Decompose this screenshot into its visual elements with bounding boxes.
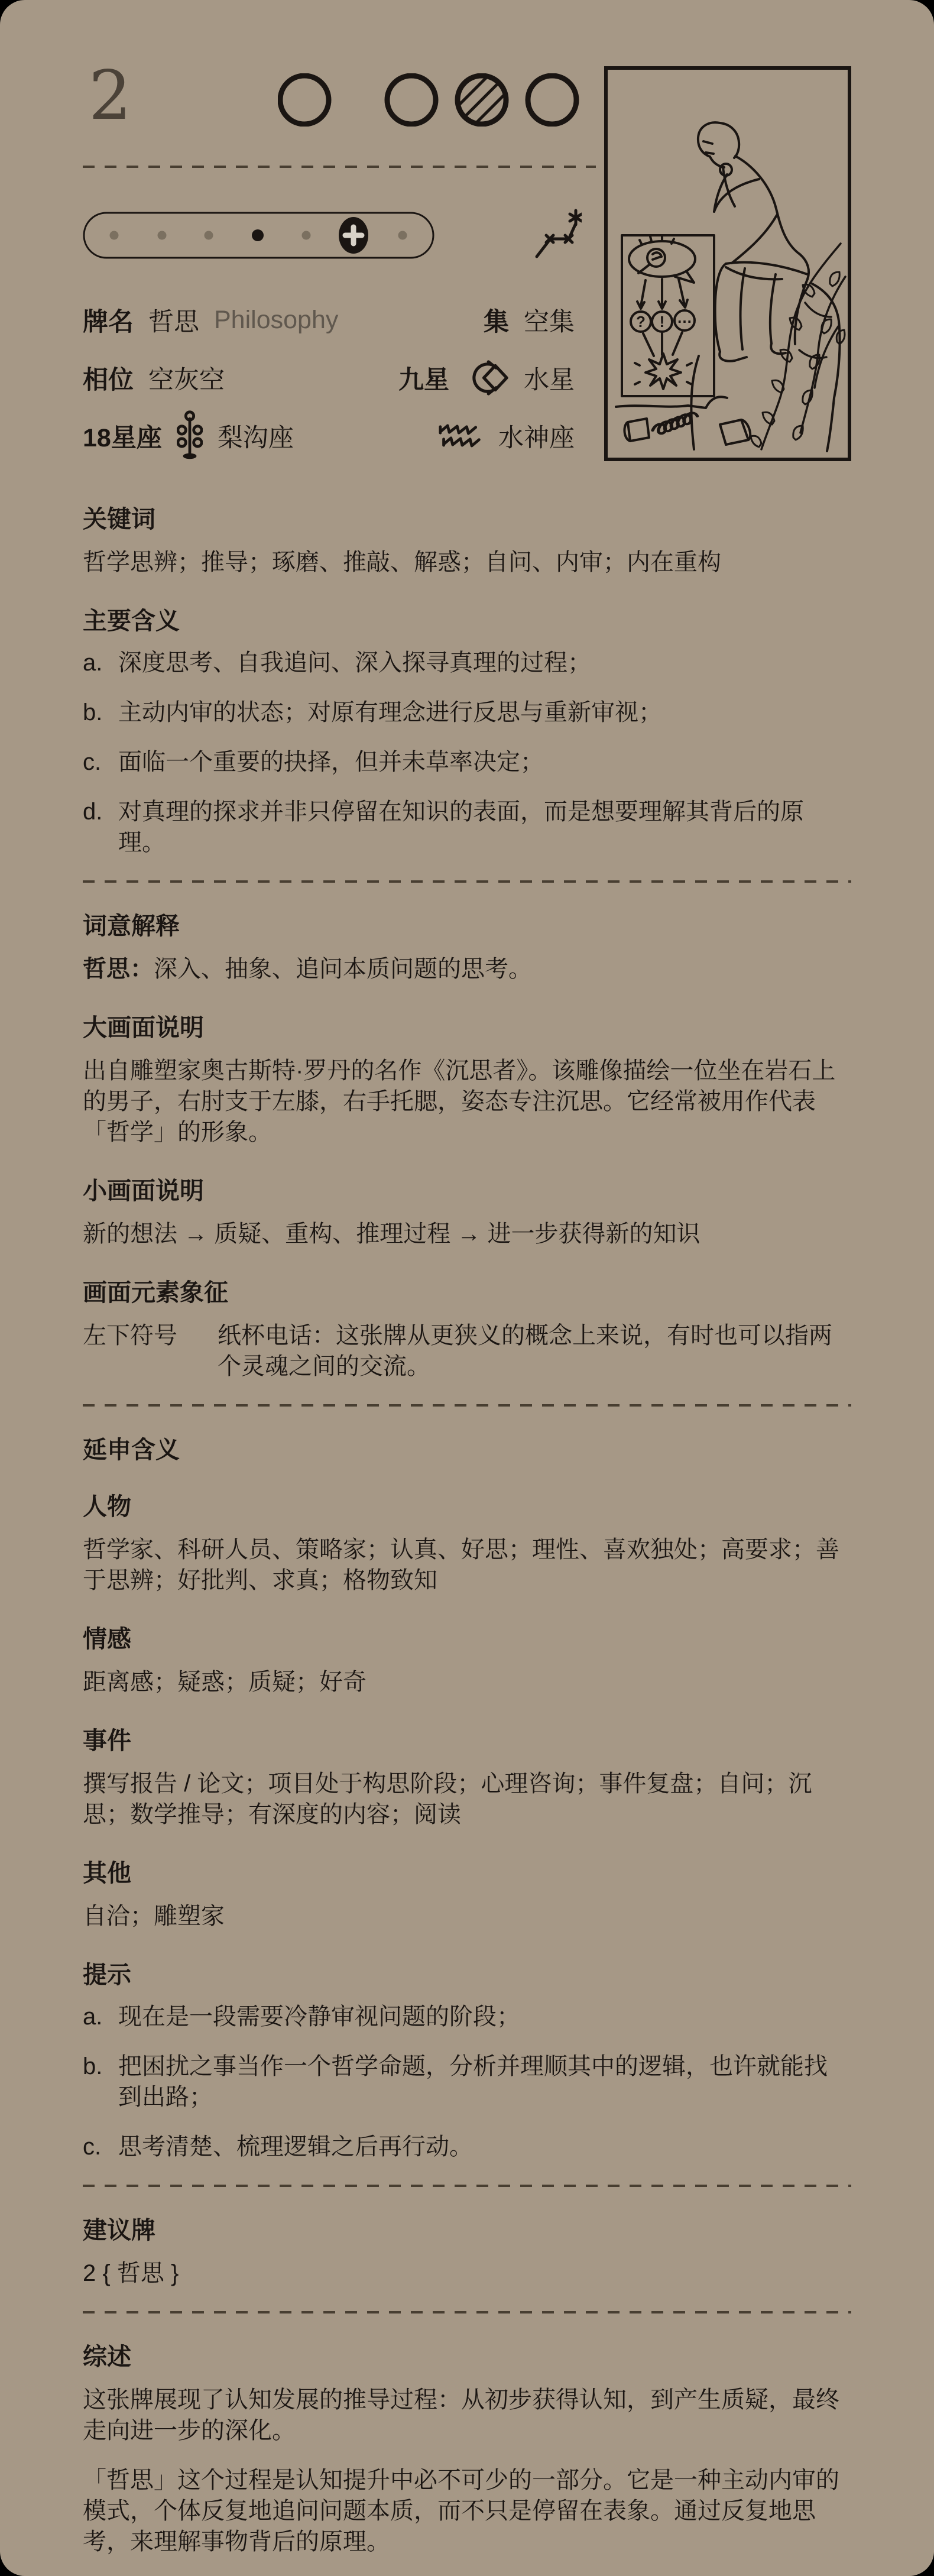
list-text: 现在是一段需要冷静审视问题的阶段； — [118, 2001, 845, 2032]
paper-cup-phone-icon — [624, 413, 750, 445]
emotion-text: 距离感；疑惑；质疑；好奇 — [83, 1667, 845, 1697]
section-heading-summary: 综述 — [83, 2343, 851, 2370]
summary-paragraph: 「哲思」这个过程是认知提升中必不可少的一部分。它是一种主动内审的模式，个体反复地… — [83, 2465, 845, 2557]
word-explain-text: 哲思：深入、抽象、追问本质问题的思考。 — [83, 954, 845, 984]
big-picture-text: 出自雕塑家奥古斯特·罗丹的名作《沉思者》。该雕像描绘一位坐在岩石上的男子，右肘支… — [83, 1055, 845, 1148]
dashed-divider — [83, 166, 596, 168]
circle-4-icon — [528, 76, 576, 124]
element-meaning-text: 纸杯电话：这张牌从更狭义的概念上来说，有时也可以指两个灵魂之间的交流。 — [218, 1320, 845, 1382]
people-text: 哲学家、科研人员、策略家；认真、好思；理性、喜欢独处；高要求；善于思辨；好批判、… — [83, 1534, 845, 1596]
staff-symbol-icon — [177, 410, 203, 461]
list-marker: c. — [83, 747, 118, 777]
events-text: 撰写报告 / 论文；项目处于构思阶段；心理咨询；事件复盘；自问；沉思；数学推导；… — [83, 1768, 845, 1830]
list-item: b. 把困扰之事当作一个哲学命题，分析并理顺其中的逻辑，也许就能找到出路； — [83, 2051, 845, 2112]
term-label: 哲思： — [83, 956, 154, 982]
name-value: 哲思 — [148, 302, 199, 338]
zodiac-value: 梨沟座 — [218, 418, 294, 454]
info-row-aspect: 相位 空灰空 九星 水星 — [83, 357, 575, 398]
section-heading-suggested: 建议牌 — [83, 2217, 851, 2244]
list-marker: a. — [83, 2001, 118, 2032]
star-label: 九星 — [398, 360, 449, 396]
suggested-card-text: 2 { 哲思 } — [83, 2258, 845, 2289]
thinker-illustration: ? ! … — [604, 66, 851, 461]
section-heading-people: 人物 — [83, 1493, 851, 1520]
set-value: 空集 — [524, 302, 575, 338]
section-heading-extended: 延申含义 — [83, 1436, 851, 1463]
aspect-label: 相位 — [83, 360, 134, 396]
list-marker: b. — [83, 697, 118, 728]
section-heading-emotion: 情感 — [83, 1625, 851, 1652]
summary-paragraph: 这张牌展现了认知发展的推导过程：从初步获得认知，到产生质疑，最终走向进一步的深化… — [83, 2384, 845, 2446]
dashed-divider — [83, 2185, 851, 2187]
constellation-arrow-icon — [531, 208, 582, 262]
section-heading-small-picture: 小画面说明 — [83, 1177, 851, 1204]
list-item: a. 深度思考、自我追问、深入探寻真理的过程； — [83, 647, 845, 678]
section-heading-word-explain: 词意解释 — [83, 912, 851, 939]
plus-button[interactable] — [339, 217, 368, 254]
circle-2-icon — [387, 76, 436, 124]
level-slider[interactable] — [83, 212, 434, 262]
card-number: 2 — [89, 60, 132, 131]
name-english: Philosophy — [214, 306, 338, 335]
info-row-name: 牌名 哲思 Philosophy 集 空集 — [83, 299, 575, 341]
section-heading-big-picture: 大画面说明 — [83, 1014, 851, 1041]
list-item: b. 主动内审的状态；对原有理念进行反思与重新审视； — [83, 697, 845, 728]
list-marker: c. — [83, 2131, 118, 2162]
dashed-divider — [83, 2311, 851, 2313]
circle-1-icon — [280, 76, 329, 124]
list-text: 对真理的探求并非只停留在知识的表面，而是想要理解其背后的原理。 — [118, 796, 845, 858]
zodiac-label: 18星座 — [83, 418, 162, 454]
section-heading-main-meaning: 主要含义 — [83, 607, 851, 634]
list-marker: d. — [83, 796, 118, 858]
list-item: d. 对真理的探求并非只停留在知识的表面，而是想要理解其背后的原理。 — [83, 796, 845, 858]
list-text: 面临一个重要的抉择，但并未草率决定； — [118, 747, 845, 777]
mercury-symbol-icon — [464, 358, 509, 397]
term-definition: 深入、抽象、追问本质问题的思考。 — [154, 956, 532, 982]
keywords-text: 哲学思辨；推导；琢磨、推敲、解惑；自问、内审；内在重构 — [83, 547, 845, 578]
slider-dot-3[interactable] — [205, 231, 213, 240]
slider-dot-1[interactable] — [110, 231, 119, 240]
element-position-label: 左下符号 — [83, 1320, 218, 1382]
card-body: 关键词 哲学思辨；推导；琢磨、推敲、解惑；自问、内审；内在重构 主要含义 a. … — [0, 482, 934, 2557]
section-heading-elements: 画面元素象征 — [83, 1279, 851, 1306]
dashed-divider — [83, 880, 851, 883]
zodiac2-value: 水神座 — [498, 418, 575, 454]
list-marker: b. — [83, 2051, 118, 2112]
question-mark-glyph: ? — [636, 313, 646, 330]
slider-dot-2[interactable] — [158, 231, 167, 240]
small-picture-text: 新的想法 → 质疑、重构、推理过程 → 进一步获得新的知识 — [83, 1219, 845, 1249]
section-heading-events: 事件 — [83, 1727, 851, 1754]
circle-3-hatched-icon — [458, 76, 506, 124]
list-item: a. 现在是一段需要冷静审视问题的阶段； — [83, 2001, 845, 2032]
dashed-divider — [83, 1404, 851, 1407]
other-text: 自洽；雕塑家 — [83, 1901, 845, 1932]
list-item: c. 思考清楚、梳理逻辑之后再行动。 — [83, 2131, 845, 2162]
card-info: 牌名 哲思 Philosophy 集 空集 相位 空灰空 九星 — [83, 299, 575, 473]
element-symbol-row: 左下符号 纸杯电话：这张牌从更狭义的概念上来说，有时也可以指两个灵魂之间的交流。 — [83, 1320, 851, 1382]
set-label: 集 — [484, 302, 509, 338]
slider-dot-5[interactable] — [302, 231, 311, 240]
name-label: 牌名 — [83, 302, 134, 338]
list-text: 深度思考、自我追问、深入探寻真理的过程； — [118, 647, 845, 678]
section-heading-tips: 提示 — [83, 1961, 851, 1988]
card-page: 2 — [0, 0, 934, 2576]
star-value: 水星 — [524, 360, 575, 396]
list-item: c. 面临一个重要的抉择，但并未草率决定； — [83, 747, 845, 777]
ellipsis-glyph: … — [677, 309, 692, 326]
list-text: 把困扰之事当作一个哲学命题，分析并理顺其中的逻辑，也许就能找到出路； — [118, 2051, 845, 2112]
info-row-zodiac: 18星座 梨沟座 — [83, 415, 575, 456]
waves-symbol-icon — [439, 422, 484, 449]
aspect-value: 空灰空 — [148, 360, 225, 396]
exclamation-glyph: ! — [660, 313, 665, 330]
progress-circles — [278, 73, 579, 129]
slider-dot-7[interactable] — [398, 231, 407, 240]
list-marker: a. — [83, 647, 118, 678]
list-text: 主动内审的状态；对原有理念进行反思与重新审视； — [118, 697, 845, 728]
section-heading-keywords: 关键词 — [83, 506, 851, 533]
section-heading-other: 其他 — [83, 1859, 851, 1887]
slider-dot-4-active[interactable] — [252, 229, 264, 241]
list-text: 思考清楚、梳理逻辑之后再行动。 — [118, 2131, 845, 2162]
